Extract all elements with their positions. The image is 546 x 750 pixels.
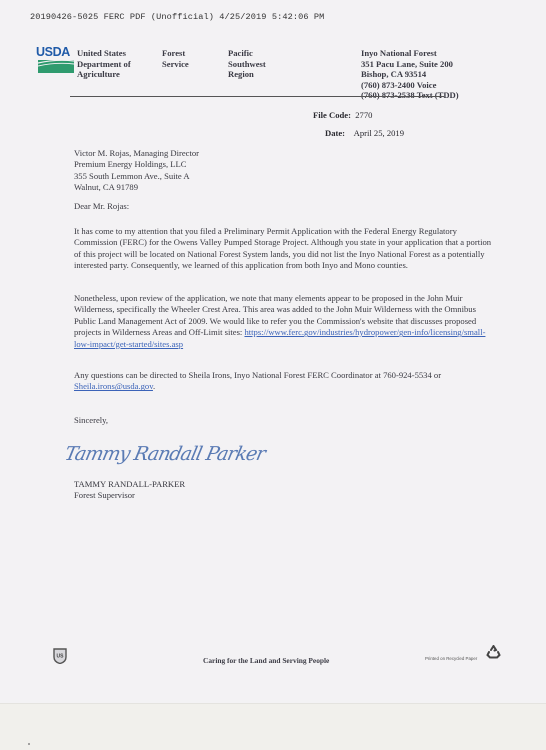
letter-page: 20190426-5025 FERC PDF (Unofficial) 4/25… [0, 0, 546, 705]
signer-block: TAMMY RANDALL-PARKER Forest Supervisor [74, 479, 494, 502]
office-address-block: Inyo National Forest 351 Pacu Lane, Suit… [361, 48, 459, 101]
forest-service-shield-icon: US [53, 648, 67, 664]
svg-text:US: US [57, 654, 65, 660]
signer-title: Forest Supervisor [74, 490, 494, 501]
letterhead-divider [70, 96, 444, 97]
closing: Sincerely, [74, 415, 494, 426]
office-line: Bishop, CA 93514 [361, 69, 459, 80]
paragraph-1: It has come to my attention that you fil… [74, 226, 494, 272]
department-block: United States Department of Agriculture [77, 48, 131, 80]
paragraph-3: Any questions can be directed to Sheila … [74, 370, 494, 393]
signer-name: TAMMY RANDALL-PARKER [74, 479, 494, 490]
recycle-icon [486, 645, 501, 659]
scan-margin [0, 703, 546, 750]
region-line: Pacific [228, 48, 266, 59]
usda-logo-text: USDA [36, 45, 70, 59]
file-code-row: File Code: 2770 [313, 110, 372, 120]
date-value: April 25, 2019 [354, 128, 404, 138]
date-label: Date: [325, 128, 345, 138]
paragraph-text: It has come to my attention that you fil… [74, 226, 494, 272]
paragraph-2: Nonetheless, upon review of the applicat… [74, 293, 494, 350]
recipient-line: Walnut, CA 91789 [74, 182, 494, 193]
service-line: Service [162, 59, 189, 70]
handwritten-signature: Tammy Randall Parker [63, 443, 267, 465]
paragraph-text: . [153, 381, 155, 391]
office-line: Inyo National Forest [361, 48, 459, 59]
recipient-line: Premium Energy Holdings, LLC [74, 159, 494, 170]
recipient-line: Victor M. Rojas, Managing Director [74, 148, 494, 159]
salutation: Dear Mr. Rojas: [74, 201, 494, 212]
file-code-value: 2770 [355, 110, 372, 120]
department-line: United States [77, 48, 131, 59]
paragraph-text: Any questions can be directed to Sheila … [74, 370, 441, 380]
recycled-paper-note: Printed on Recycled Paper [425, 656, 477, 661]
recipient-line: 355 South Lemmon Ave., Suite A [74, 171, 494, 182]
service-line: Forest [162, 48, 189, 59]
region-block: Pacific Southwest Region [228, 48, 266, 80]
file-code-label: File Code: [313, 110, 351, 120]
service-block: Forest Service [162, 48, 189, 69]
department-line: Agriculture [77, 69, 131, 80]
department-line: Department of [77, 59, 131, 70]
scan-speck [28, 743, 30, 745]
recipient-address: Victor M. Rojas, Managing Director Premi… [74, 148, 494, 194]
region-line: Southwest [228, 59, 266, 70]
footer-motto: Caring for the Land and Serving People [203, 656, 329, 665]
office-line: 351 Pacu Lane, Suite 200 [361, 59, 459, 70]
date-row: Date: April 25, 2019 [325, 128, 404, 138]
ferc-filing-stamp: 20190426-5025 FERC PDF (Unofficial) 4/25… [30, 12, 324, 22]
email-link[interactable]: Sheila.irons@usda.gov [74, 381, 153, 391]
region-line: Region [228, 69, 266, 80]
office-line: (760) 873-2400 Voice [361, 80, 459, 91]
